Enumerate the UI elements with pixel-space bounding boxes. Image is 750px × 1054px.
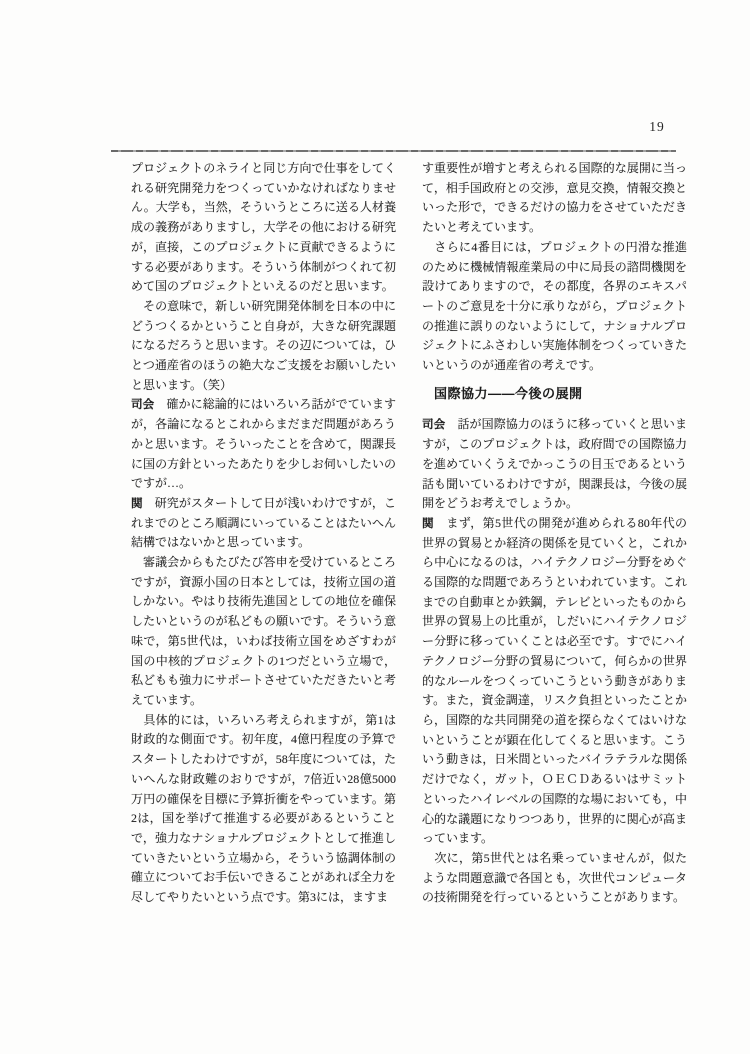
paragraph: 司会 確かに総論的にはいろいろ話がでていますが，各論になるとこれからまだまだ問題…: [131, 395, 396, 494]
paragraph: さらに4番目には，プロジェクトの円滑な推進のために機械情報産業局の中に局長の諮問…: [422, 238, 687, 376]
scanned-document-page: 19 プロジェクトのネライと同じ方向で仕事をしてくれる研究開発力をつくっていかな…: [0, 0, 750, 1054]
speaker-label: 司会: [131, 398, 154, 411]
speaker-label: 司会: [422, 418, 445, 431]
paragraph: 具体的には，いろいろ考えられますが，第1は財政的な側面です。初年度，4億円程度の…: [131, 711, 396, 908]
paragraph: 次に，第5世代とは名乗っていませんが，似たような問題意識で各国とも，次世代コンピ…: [422, 849, 687, 908]
text-column-left: プロジェクトのネライと同じ方向で仕事をしてくれる研究開発力をつくっていかなければ…: [131, 159, 396, 908]
page-number: 19: [645, 119, 669, 135]
paragraph: 関 研究がスタートして日が浅いわけですが，これまでのところ順調にいっていることは…: [131, 494, 396, 553]
header-rule: [111, 150, 676, 152]
paragraph: プロジェクトのネライと同じ方向で仕事をしてくれる研究開発力をつくっていかなければ…: [131, 159, 396, 297]
paragraph: その意味で，新しい研究開発体制を日本の中にどうつくるかということ自身が，大きな研…: [131, 297, 396, 396]
speaker-label: 関: [131, 497, 143, 510]
section-heading: 国際協力——今後の展開: [434, 384, 687, 404]
paragraph: 審議会からもたびたび答申を受けているところですが，資源小国の日本としては，技術立…: [131, 553, 396, 711]
paragraph: 司会 話が国際協力のほうに移っていくと思いますが，このプロジェクトは，政府間での…: [422, 415, 687, 514]
paragraph: 関 まず，第5世代の開発が進められる80年代の世界の貿易とか経済の関係を見ていく…: [422, 514, 687, 849]
text-column-right: す重要性が増すと考えられる国際的な展開に当って，相手国政府との交渉，意見交換，情…: [422, 159, 687, 908]
speaker-label: 関: [422, 517, 434, 530]
paragraph: す重要性が増すと考えられる国際的な展開に当って，相手国政府との交渉，意見交換，情…: [422, 159, 687, 238]
